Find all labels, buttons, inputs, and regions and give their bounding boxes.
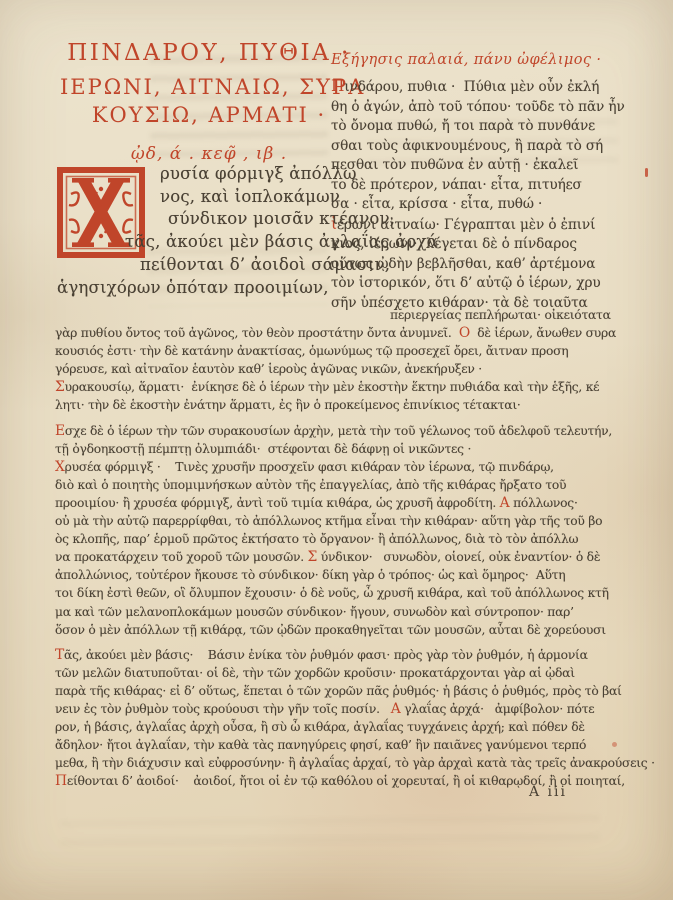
commentary-line: περιεργείας πεπλήρωται· οἰκειότατα [390, 306, 633, 324]
ink-speck [612, 742, 617, 747]
red-initial: Σ [55, 379, 65, 395]
commentary-line: κουσιός ἐστι· τὴν δὲ κατάνην ἀνακτίσας, … [55, 342, 633, 360]
scholia-line: θη ὁ ἀγών, ἀπὸ τοῦ τόπου· τοῦδε τὸ πᾶν ἦ… [331, 98, 631, 118]
title-line-author: ΠΙΝΔΑΡΟΥ, ΠΥΘΙΑ · [60, 40, 358, 66]
ink-speck [645, 168, 648, 177]
commentary-line: γόρευσε, καὶ αἰτναῖον ἑαυτὸν καθ’ ἱεροὺς… [55, 360, 633, 378]
commentary-line: Τᾶς, ἀκούει μὲν βάσις· Βάσιν ἐνίκα τὸν ῥ… [55, 646, 633, 664]
pindar-ode-text: ρυσία φόρμιγξ ἀπόλλωνος, καὶ ἰοπλοκάμωνσ… [57, 163, 657, 299]
book-page: ΠΙΝΔΑΡΟΥ, ΠΥΘΙΑ · ΙΕΡΩΝΙ, ΑΙΤΝΑΙΩ, ΣΥΡΑ … [0, 0, 673, 900]
commentary-line: μεθα, ἢ τὴν διάχυσιν καὶ εὐφροσύνην· ἢ ἀ… [55, 754, 633, 772]
commentary-line: ἄδηλον· ἤτοι ἀγλαΐαν, τὴν καθὰ τὰς πανηγ… [55, 736, 633, 754]
red-initial: Π [55, 773, 67, 789]
commentary-line: Συρακουσίῳ, ἅρματι· ἐνίκησε δὲ ὁ ἱέρων τ… [55, 378, 633, 396]
scholia-header: Εξήγησις παλαιά, πάνυ ὠφέλιμος · [331, 52, 631, 68]
red-initial: Π [331, 77, 344, 95]
commentary-line: να προκατάρχειν τοῦ χοροῦ τῶν μουσῶν. Σ … [55, 548, 633, 566]
commentary-line: ὅσον ὁ μὲν ἀπόλλων τῇ κιθάρᾳ, τῶν ᾠδῶν π… [55, 621, 633, 639]
ode-reference: ᾠδ, ά . κεφ̃ , ιβ . [60, 144, 358, 164]
red-initial: Ο [459, 325, 470, 341]
red-initial: Σ [308, 549, 318, 565]
commentary-line: τῇ ὀγδοηκοστῇ πέμπτῃ ὀλυμπιάδι· στέφοντα… [55, 440, 633, 458]
commentary-line: νειν ἐς τὸν ῥυθμὸν τοὺς κρούουσι τὴν γῆν… [55, 700, 633, 718]
commentary-line: παρὰ τῆς κιθάρας· εἰ δ’ οὕτως, ἕπεται ὁ … [55, 682, 633, 700]
red-initial: Ε [55, 423, 65, 439]
commentary-line: τοι δίκη ἐστὶ θεῶν, οἳ ὄλυμπον ἔχουσιν· … [55, 584, 633, 602]
commentary-line: οὐ μὰ τὴν αὐτῷ παρερρίφθαι, τὸ ἀπόλλωνος… [55, 512, 633, 530]
commentary-line: λητι· τὴν δὲ ἑκοστὴν ἐνάτην ἅρματι, ἐς ἣ… [55, 396, 633, 414]
scholia-line: Πινδάρου, πυθια · Πύθια μὲν οὖν ἐκλή [331, 77, 631, 98]
scholia-line: τὸ ὄνομα πυθώ, ἤ τοι παρὰ τὸ πυνθάνε [331, 117, 631, 137]
commentary-line: Εσχε δὲ ὁ ἱέρων τὴν τῶν συρακουσίων ἀρχὴ… [55, 422, 633, 440]
commentary-line: ἀπολλώνιος, τοὐτέρον ἤκουσε τὸ σύνδικον·… [55, 566, 633, 584]
poem-line: νος, καὶ ἰοπλοκάμων [160, 186, 657, 209]
commentary-line: γὰρ πυθίου ὄντος τοῦ ἀγῶνος, τὸν θεὸν πρ… [55, 324, 633, 342]
quire-signature: A iii [529, 784, 567, 800]
red-initial: Α [391, 701, 401, 717]
commentary-line: τῶν μελῶν διατυποῦται· οἱ δὲ, τὴν τῶν χο… [55, 664, 633, 682]
red-initial: Χ [55, 459, 65, 475]
title-line-dedication-2: ΚΟΥΣΙΩ, ΑΡΜΑΤΙ · [60, 103, 358, 127]
commentary-line: μα καὶ τῶν μελανοπλοκάμων μουσῶν σύνδικο… [55, 603, 633, 621]
ode-title: ΠΙΝΔΑΡΟΥ, ΠΥΘΙΑ · ΙΕΡΩΝΙ, ΑΙΤΝΑΙΩ, ΣΥΡΑ … [60, 40, 358, 164]
scholia-line: σθαι τοὺς ἀφικνουμένους, ἢ παρὰ τὸ σή [331, 137, 631, 157]
red-initial: Α [500, 495, 510, 511]
poem-line: τᾶς, ἀκούει μὲν βάσις ἀγλαΐας ἀρχά [125, 231, 657, 254]
red-initial: Τ [55, 647, 64, 663]
poem-line: σύνδικον μοισᾶν κτέανον, [168, 208, 657, 231]
commentary-line: προοιμίου· ἢ χρυσέα φόρμιγξ, ἀντὶ τοῦ τι… [55, 494, 633, 512]
poem-line: ἁγησιχόρων ὁπόταν προοιμίων, [57, 277, 657, 300]
commentary-line: ὸς κλοπῆς, παρ’ ἑρμοῦ πρῶτος ἐκτήσατο τὸ… [55, 530, 633, 548]
title-line-dedication-1: ΙΕΡΩΝΙ, ΑΙΤΝΑΙΩ, ΣΥΡΑ [60, 75, 358, 99]
commentary-line: ρον, ἡ βάσις, ἀγλαΐας ἀρχὴ οὖσα, ἢ σὺ ὦ … [55, 718, 633, 736]
scholia-commentary: περιεργείας πεπλήρωται· οἰκειόταταγὰρ πυ… [55, 306, 633, 790]
show-through-texture [60, 815, 600, 851]
commentary-line: Χρυσέα φόρμιγξ · Τινὲς χρυσῆν προσχεῖν φ… [55, 458, 633, 476]
poem-line: πείθονται δ’ ἀοιδοὶ σάμασιν, [140, 254, 657, 277]
poem-line: ρυσία φόρμιγξ ἀπόλλω [160, 163, 657, 186]
commentary-line: διὸ καὶ ὁ ποιητὴς ὑπομιμνήσκων αὐτὸν τῆς… [55, 476, 633, 494]
